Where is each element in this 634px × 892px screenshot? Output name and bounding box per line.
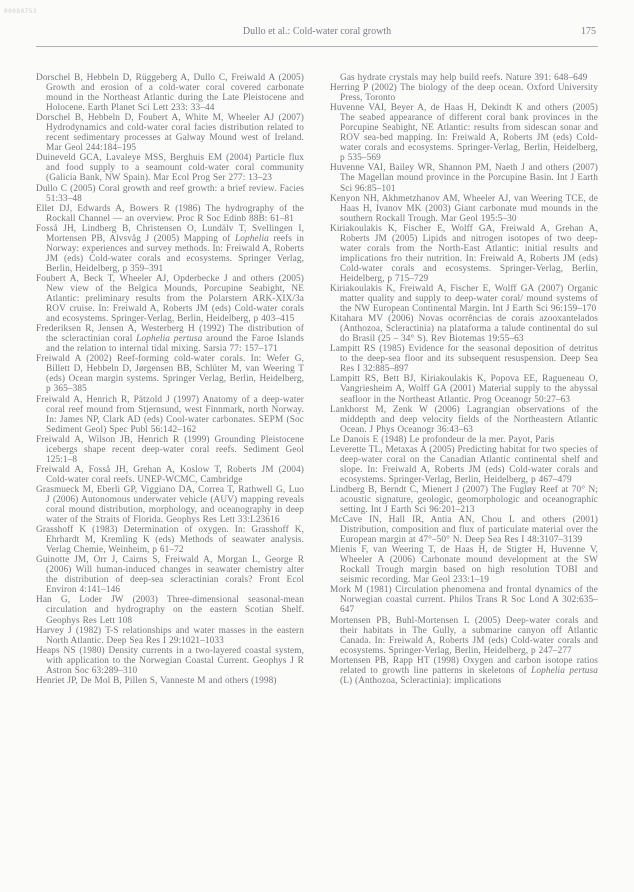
reference-item: Kiriakoulakis K, Freiwald A, Fischer E, … bbox=[330, 284, 598, 314]
column-left: Dorschel B, Hebbeln D, Rüggeberg A, Dull… bbox=[36, 73, 304, 686]
reference-item: Grasmueck M, Eberli GP, Viggiano DA, Cor… bbox=[36, 485, 304, 525]
reference-item: Duineveld GCA, Lavaleye MSS, Berghuis EM… bbox=[36, 153, 304, 183]
running-head-title: Dullo et al.: Cold-water coral growth bbox=[36, 26, 598, 37]
reference-columns: Dorschel B, Hebbeln D, Rüggeberg A, Dull… bbox=[36, 73, 598, 686]
reference-item: Ellet DJ, Edwards A, Bowers R (1986) The… bbox=[36, 204, 304, 224]
running-head: Dullo et al.: Cold-water coral growth 17… bbox=[36, 26, 598, 42]
reference-item: Kiriakoulakis K, Fischer E, Wolff GA, Fr… bbox=[330, 224, 598, 284]
reference-item: Lankhorst M, Zenk W (2006) Lagrangian ob… bbox=[330, 405, 598, 435]
reference-item: Dullo C (2005) Coral growth and reef gro… bbox=[36, 184, 304, 204]
reference-item: Mork M (1981) Circulation phenomena and … bbox=[330, 585, 598, 615]
reference-item: McCave IN, Hall IR, Antia AN, Chou L and… bbox=[330, 515, 598, 545]
reference-item: Fosså JH, Lindberg B, Christensen O, Lun… bbox=[36, 224, 304, 274]
page-body: Dullo et al.: Cold-water coral growth 17… bbox=[0, 0, 634, 686]
reference-item: Mortensen PB, Buhl-Mortensen L (2005) De… bbox=[330, 616, 598, 656]
reference-item: Lampitt RS, Bett BJ, Kiriakoulakis K, Po… bbox=[330, 374, 598, 404]
reference-item: Harvey J (1982) T-S relationships and wa… bbox=[36, 626, 304, 646]
reference-item: Huvenne VAI, Bailey WR, Shannon PM, Naet… bbox=[330, 163, 598, 193]
reference-item: Mienis F, van Weering T, de Haas H, de S… bbox=[330, 545, 598, 585]
reference-item: Guinotte JM, Orr J, Cairns S, Freiwald A… bbox=[36, 555, 304, 595]
scanned-paper-page: { "page": { "watermark": "00080753", "he… bbox=[0, 0, 634, 892]
reference-item: Henriet JP, De Mol B, Pillen S, Vanneste… bbox=[36, 676, 304, 686]
reference-item: Heaps NS (1980) Density currents in a tw… bbox=[36, 646, 304, 676]
reference-item: Dorschel B, Hebbeln D, Rüggeberg A, Dull… bbox=[36, 73, 304, 113]
reference-item: Leverette TL, Metaxas A (2005) Predictin… bbox=[330, 445, 598, 485]
reference-item: Lindberg B, Berndt C, Mienert J (2007) T… bbox=[330, 485, 598, 515]
reference-item: Huvenne VAI, Beyer A, de Haas H, Dekindt… bbox=[330, 103, 598, 163]
reference-item: Herring P (2002) The biology of the deep… bbox=[330, 83, 598, 103]
reference-item: Gas hydrate crystals may help build reef… bbox=[330, 73, 598, 83]
reference-item: Foubert A, Beck T, Wheeler AJ, Opderbeck… bbox=[36, 274, 304, 324]
reference-item: Dorschel B, Hebbeln D, Foubert A, White … bbox=[36, 113, 304, 153]
reference-item: Han G, Loder JW (2003) Three-dimensional… bbox=[36, 595, 304, 625]
reference-item: Freiwald A, Wilson JB, Henrich R (1999) … bbox=[36, 435, 304, 465]
reference-item: Mortensen PB, Rapp HT (1998) Oxygen and … bbox=[330, 656, 598, 686]
reference-item: Le Danois E (1948) Le profondeur de la m… bbox=[330, 435, 598, 445]
reference-item: Freiwald A, Fosså JH, Grehan A, Koslow T… bbox=[36, 465, 304, 485]
reference-item: Grasshoff K (1983) Determination of oxyg… bbox=[36, 525, 304, 555]
reference-item: Kenyon NH, Akhmetzhanov AM, Wheeler AJ, … bbox=[330, 194, 598, 224]
page-number: 175 bbox=[581, 26, 596, 37]
reference-item: Lampitt RS (1985) Evidence for the seaso… bbox=[330, 344, 598, 374]
reference-item: Kitahara MV (2006) Novas ocorrências de … bbox=[330, 314, 598, 344]
scan-watermark: 00080753 bbox=[4, 8, 37, 15]
reference-item: Freiwald A (2002) Reef-forming cold-wate… bbox=[36, 354, 304, 394]
reference-item: Freiwald A, Henrich R, Pätzold J (1997) … bbox=[36, 395, 304, 435]
header-rule bbox=[36, 46, 598, 47]
column-right: Gas hydrate crystals may help build reef… bbox=[330, 73, 598, 686]
reference-item: Frederiksen R, Jensen A, Westerberg H (1… bbox=[36, 324, 304, 354]
